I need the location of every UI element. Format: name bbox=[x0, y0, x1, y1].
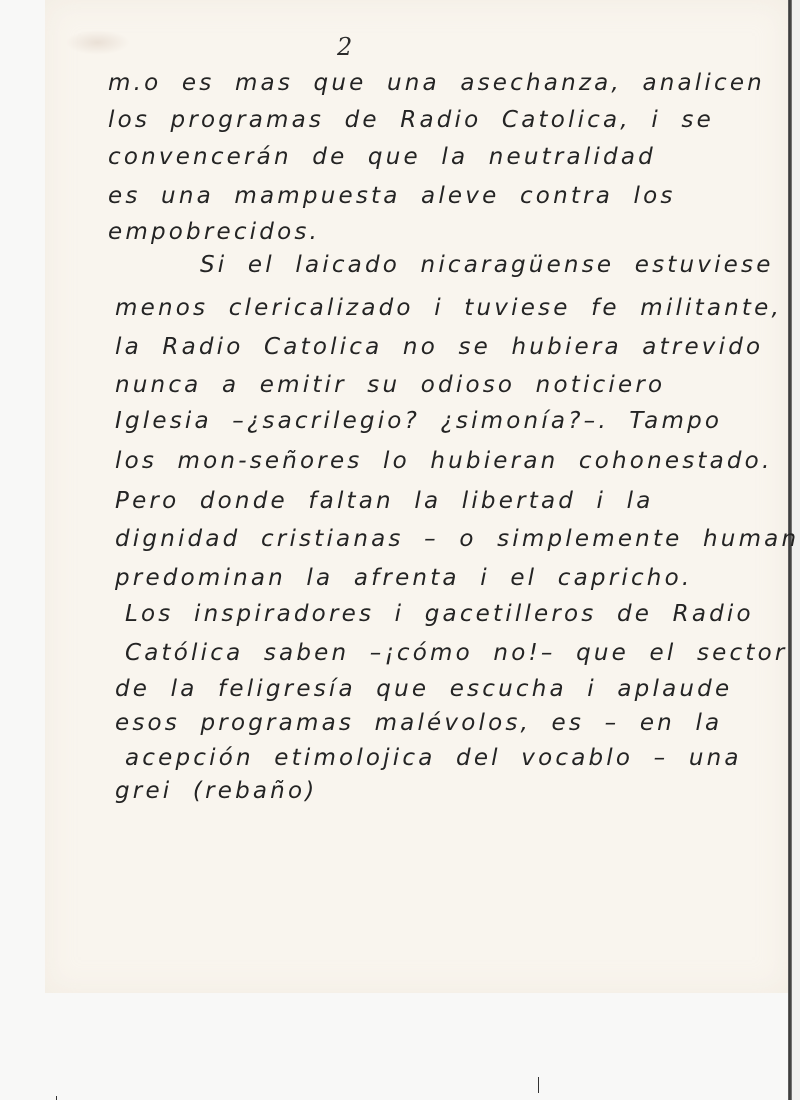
handwritten-line: Los inspiradores i gacetilleros de Radio bbox=[125, 601, 754, 627]
handwritten-line: de la feligresía que escucha i aplaude bbox=[115, 676, 732, 702]
handwritten-line: los mon-señores lo hubieran cohonestado. bbox=[115, 448, 772, 474]
handwritten-line: convencerán de que la neutralidad bbox=[108, 144, 656, 170]
handwritten-line: Católica saben –¡cómo no!– que el sector bbox=[125, 640, 788, 666]
handwritten-line: nunca a emitir su odioso noticiero bbox=[115, 372, 665, 398]
handwritten-line: los programas de Radio Catolica, i se bbox=[108, 107, 714, 133]
handwritten-line: menos clericalizado i tuviese fe militan… bbox=[115, 295, 782, 321]
page-number: 2 bbox=[337, 33, 352, 61]
scan-artifact-mark bbox=[56, 1096, 57, 1100]
handwritten-line: la Radio Catolica no se hubiera atrevido bbox=[115, 334, 763, 360]
handwritten-line: Iglesia –¿sacrilegio? ¿simonía?–. Tampo bbox=[115, 408, 722, 434]
handwritten-line: acepción etimolojica del vocablo – una bbox=[125, 745, 742, 771]
scanned-page: 2 m.o es mas que una asechanza, analicen… bbox=[0, 0, 800, 1100]
paper-stain bbox=[65, 30, 130, 55]
handwritten-line: esos programas malévolos, es – en la bbox=[115, 710, 722, 736]
handwritten-line: predominan la afrenta i el capricho. bbox=[115, 565, 692, 591]
scan-artifact-mark bbox=[538, 1077, 539, 1093]
handwritten-line: es una mampuesta aleve contra los bbox=[108, 183, 676, 209]
handwritten-line: Si el laicado nicaragüense estuviese bbox=[200, 252, 774, 278]
handwritten-line: dignidad cristianas – o simplemente huma… bbox=[115, 526, 800, 552]
handwritten-line: grei (rebaño) bbox=[115, 778, 317, 804]
handwritten-line: Pero donde faltan la libertad i la bbox=[115, 488, 654, 514]
handwritten-line: empobrecidos. bbox=[108, 219, 320, 245]
handwritten-line: m.o es mas que una asechanza, analicen bbox=[108, 70, 765, 96]
